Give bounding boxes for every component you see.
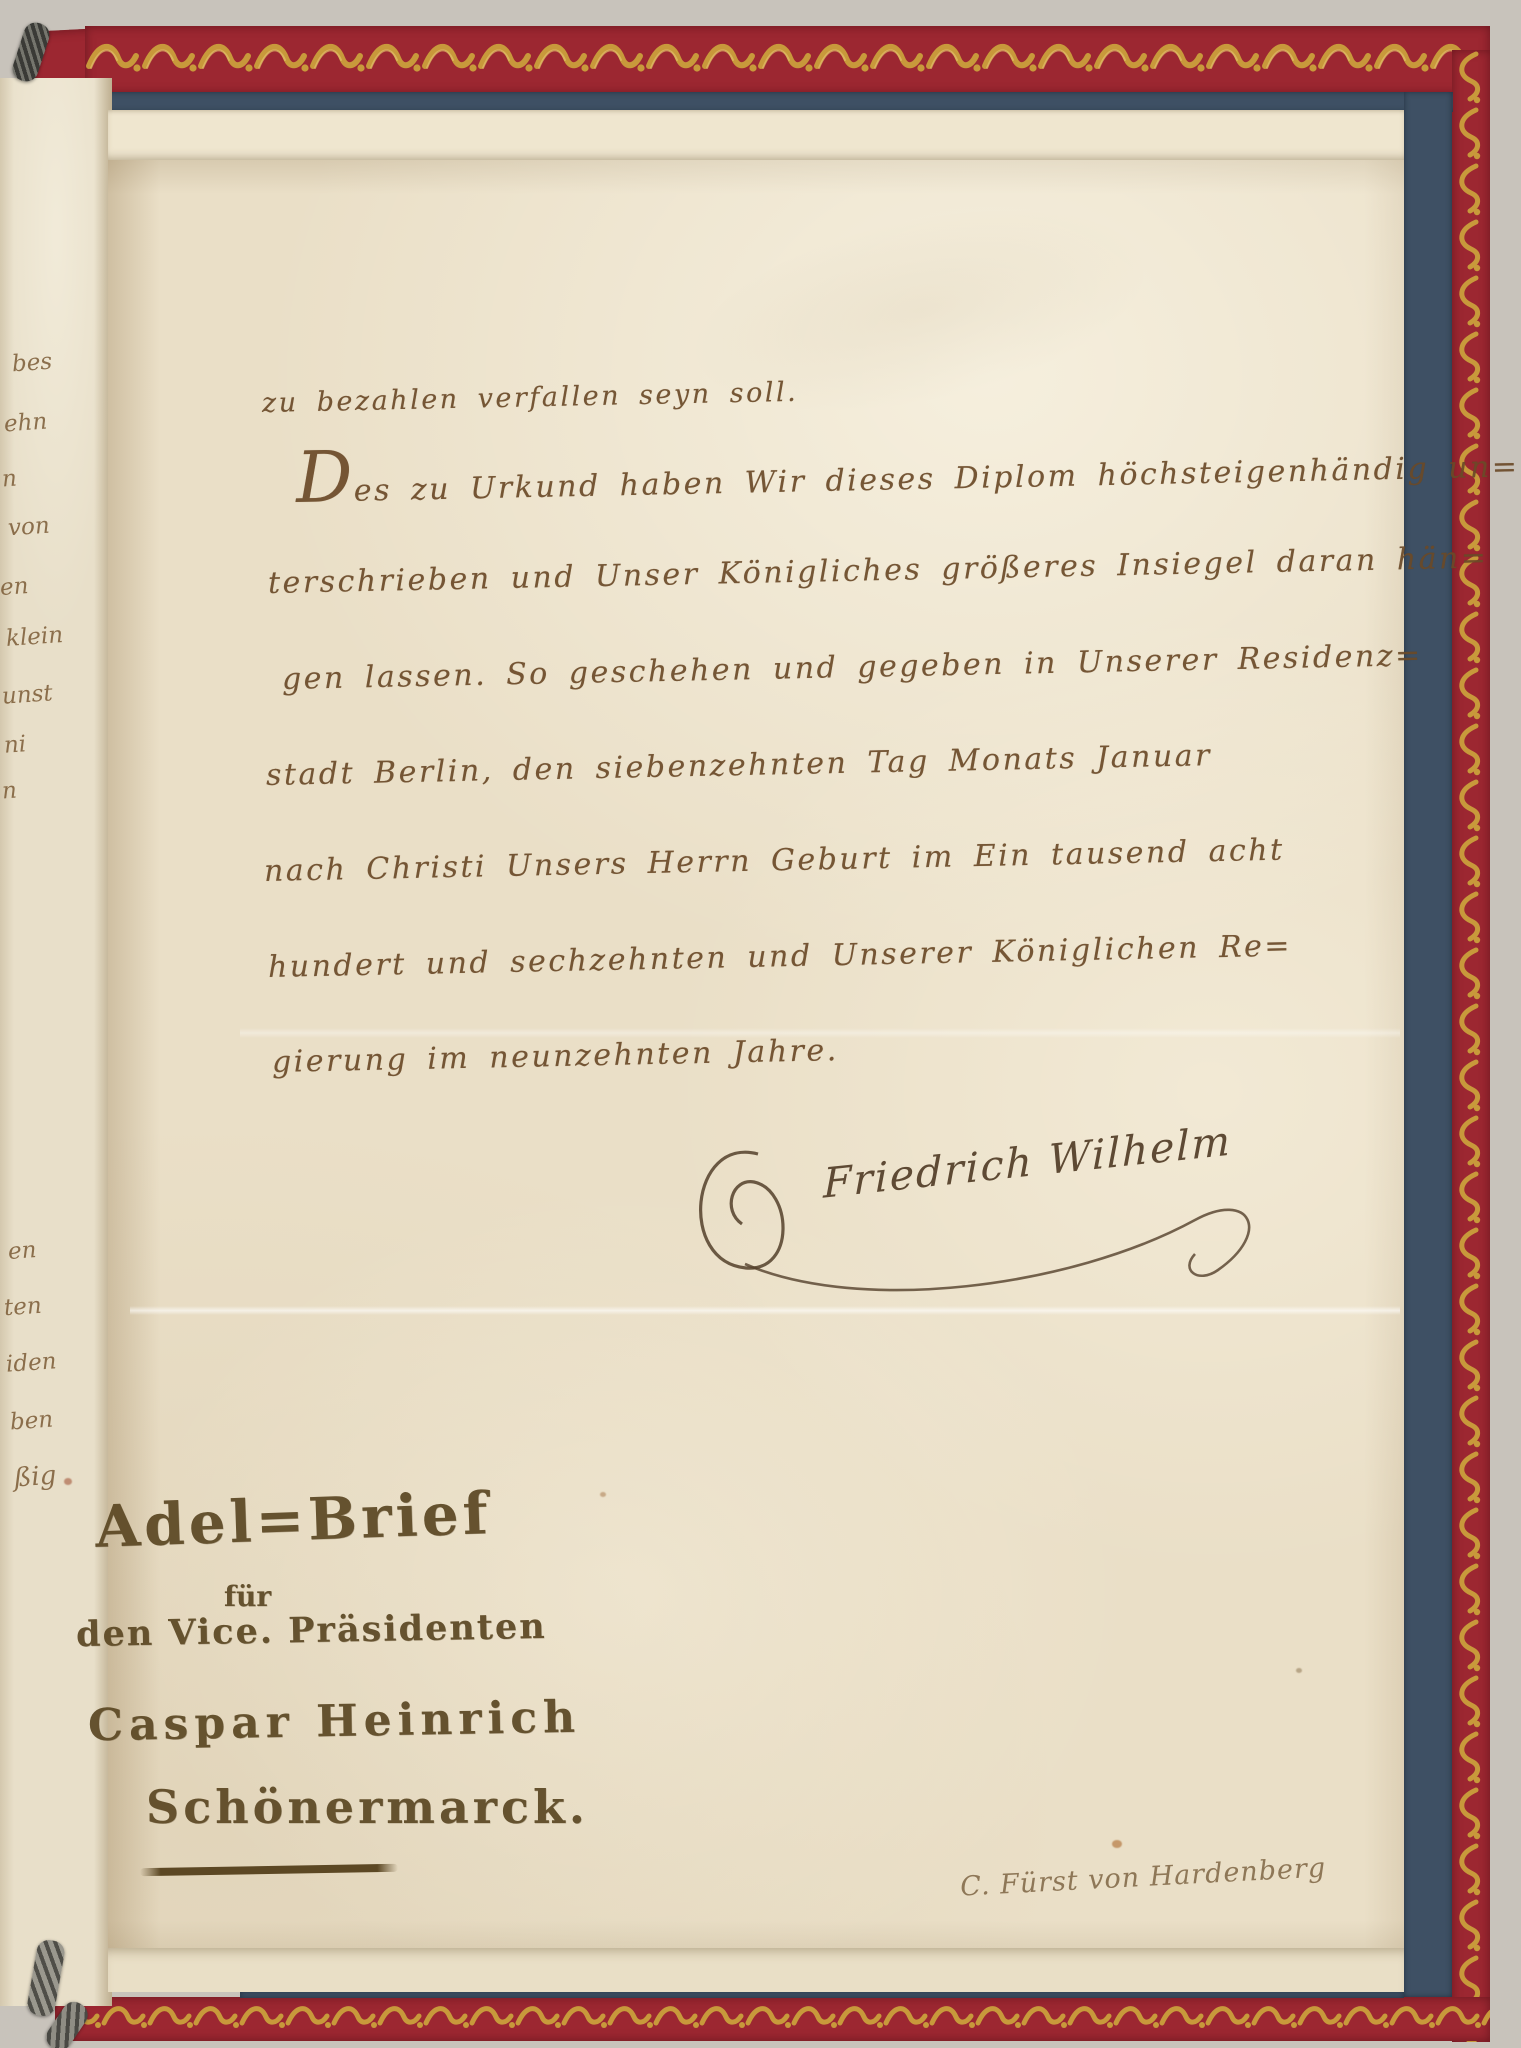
fragment-text: bes [11, 349, 53, 378]
fragment-text: ehn [3, 409, 48, 438]
inner-band-top [95, 92, 1453, 112]
fragment-text: n [1, 466, 18, 493]
page-bottom-edge [108, 1948, 1404, 1992]
fragment-text: klein [5, 622, 64, 652]
fox-spot-stain [1112, 1840, 1122, 1848]
fragment-text: ten [3, 1293, 42, 1322]
fragment-text: en [0, 573, 29, 601]
fragment-text: von [7, 513, 50, 542]
title-adel-brief: Adel=Brief [94, 1479, 493, 1561]
leather-border-right [1452, 50, 1490, 2042]
inner-band-right [1404, 92, 1452, 1997]
fragment-text: en [7, 1237, 37, 1265]
gold-tooling-pattern-right [1452, 50, 1490, 2042]
fragment-text: ni [3, 731, 27, 758]
leather-border-top [85, 26, 1490, 94]
leather-border-bottom [55, 1997, 1490, 2041]
fragment-text: ben [9, 1407, 54, 1436]
fragment-text: iden [5, 1348, 57, 1377]
title-fuer: für [224, 1580, 271, 1613]
parchment-page [108, 160, 1404, 1950]
title-surname: Schönermarck. [146, 1780, 589, 1834]
fragment-text: unst [1, 680, 53, 709]
gold-tooling-pattern-top [85, 26, 1490, 94]
page-top-edge [108, 110, 1404, 162]
gold-tooling-pattern-bottom [55, 1997, 1490, 2041]
book-scan: bes ehn n von en klein unst ni n en ten … [0, 0, 1521, 2048]
title-recipient: den Vice. Präsidenten [76, 1606, 547, 1655]
inner-band-bottom [240, 1991, 1404, 1998]
fox-spot-stain [600, 1492, 606, 1497]
fragment-text: ßig [13, 1461, 57, 1494]
fox-spot-stain [1296, 1668, 1302, 1673]
fox-spot-stain [64, 1478, 72, 1485]
fragment-text: n [1, 778, 18, 805]
title-given-names: Caspar Heinrich [88, 1692, 582, 1752]
